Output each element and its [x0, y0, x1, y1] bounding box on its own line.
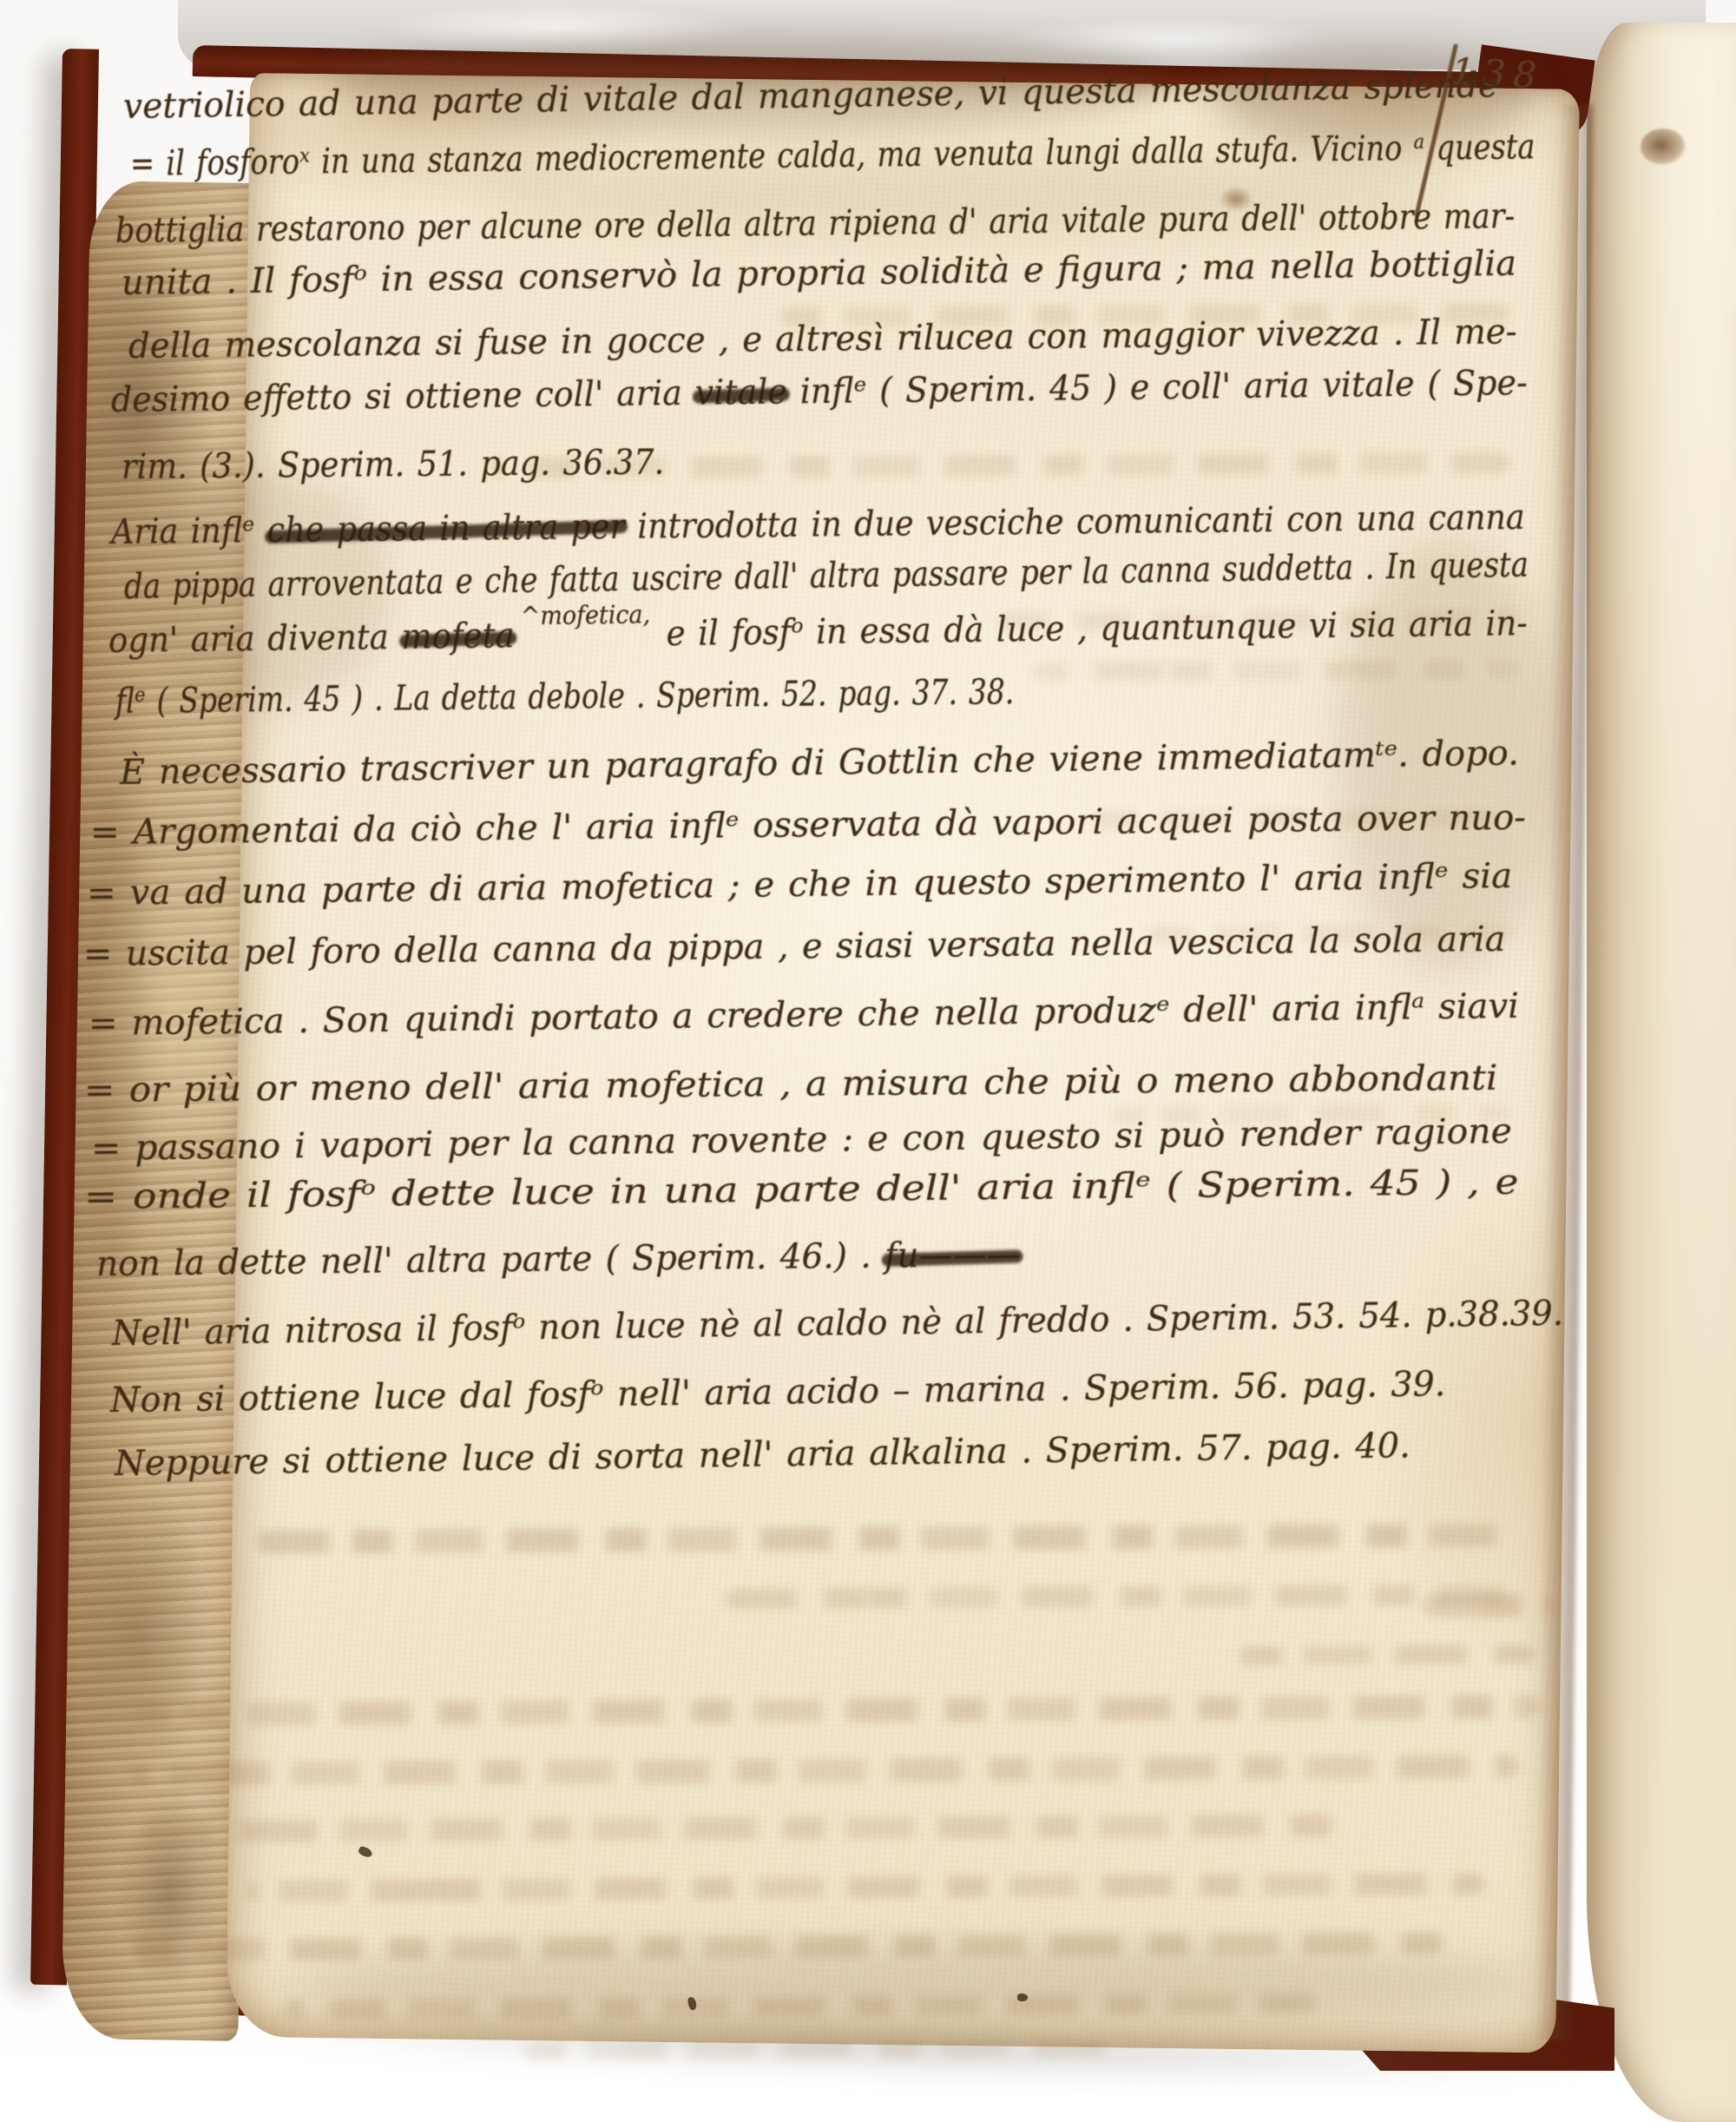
manuscript-line: non la dette nell' altra parte ( Sperim.… [96, 1235, 1021, 1288]
manuscript-line-segment: = passano i vapori per la canna rovente … [91, 1111, 1512, 1169]
manuscript-line: unita . Il fosfᵒ in essa conservò la pro… [122, 244, 1517, 306]
manuscript-line: ogn' aria diventa mofeta^mofetica, e il … [108, 603, 1528, 664]
manuscript-line-segment: introdotta in due vesciche comunicanti c… [625, 498, 1525, 547]
manuscript-line-segment: È necessario trascriver un paragrafo di … [120, 733, 1519, 793]
struck-out-text: fu——— [884, 1235, 1021, 1276]
manuscript-line-segment: = uscita pel foro della canna da pippa ,… [83, 919, 1506, 974]
manuscript-line-segment: Neppure si ottiene luce di sorta nell' a… [115, 1426, 1410, 1484]
manuscript-line-segment: = il fosforoˣ in una stanza mediocrement… [130, 127, 1535, 184]
manuscript-line-segment: non la dette nell' altra parte ( Sperim.… [96, 1236, 884, 1284]
manuscript-line-segment: Aria inflᵉ [111, 511, 267, 552]
manuscript-line: = uscita pel foro della canna da pippa ,… [83, 919, 1506, 978]
manuscript-line-segment: desimo effetto si ottiene coll' aria [111, 373, 695, 420]
manuscript-line-segment: = Argomentai da ciò che l' aria inflᵉ os… [90, 798, 1526, 853]
manuscript-line: flᵉ ( Sperim. 45 ) . La detta debole . S… [115, 672, 1015, 725]
manuscript-line: desimo effetto si ottiene coll' aria vit… [111, 363, 1528, 424]
manuscript-line: Non si ottiene luce dal fosfᵒ nell' aria… [110, 1364, 1446, 1424]
manuscript-line-segment: della mescolanza si fuse in gocce , e al… [128, 312, 1517, 366]
manuscript-line: = il fosforoˣ in una stanza mediocrement… [130, 127, 1535, 188]
manuscript-line-segment: Nell' aria nitrosa il fosfᵒ non luce nè … [112, 1294, 1564, 1354]
manuscript-line: rim. (3.). Sperim. 51. pag. 36.37. [122, 443, 665, 491]
manuscript-line-segment: bottiglia restarono per alcune ore della… [115, 196, 1516, 251]
manuscript-line-segment: da pippa arroventata e che fatta uscire … [124, 545, 1529, 607]
manuscript-line-segment: unita . Il fosfᵒ in essa conservò la pro… [122, 244, 1517, 303]
manuscript-line: da pippa arroventata e che fatta uscire … [124, 545, 1529, 610]
manuscript-line-segment: = va ad una parte di aria mofetica ; e c… [87, 856, 1513, 913]
struck-out-text: che passa in altra per [266, 507, 625, 550]
struck-out-text: vitale [694, 372, 787, 412]
manuscript-line-segment: Non si ottiene luce dal fosfᵒ nell' aria… [110, 1364, 1446, 1420]
manuscript-line-segment: = onde il fosfᵒ dette luce in una parte … [84, 1163, 1519, 1217]
manuscript-line: Nell' aria nitrosa il fosfᵒ non luce nè … [112, 1294, 1564, 1357]
manuscript-line: Neppure si ottiene luce di sorta nell' a… [115, 1426, 1410, 1487]
manuscript-line: = or più or meno dell' aria mofetica , a… [84, 1058, 1498, 1114]
manuscript-line: della mescolanza si fuse in gocce , e al… [128, 312, 1517, 370]
manuscript-line-segment: ogn' aria diventa [108, 617, 402, 661]
manuscript-line-segment: vetriolico ad una parte di vitale dal ma… [123, 65, 1499, 127]
manuscript-photo: 138 vetriolico ad una parte di vitale da… [0, 0, 1736, 2122]
struck-out-text: mofeta [401, 616, 515, 657]
manuscript-line: = passano i vapori per la canna rovente … [91, 1111, 1512, 1172]
manuscript-line: = va ad una parte di aria mofetica ; e c… [87, 856, 1513, 917]
manuscript-line: = Argomentai da ciò che l' aria inflᵉ os… [90, 798, 1526, 856]
manuscript-line: = mofetica . Son quindi portato a creder… [89, 986, 1520, 1047]
manuscript-line: = onde il fosfᵒ dette luce in una parte … [84, 1163, 1519, 1221]
manuscript-line-segment: inflᵉ ( Sperim. 45 ) e coll' aria vitale… [786, 363, 1528, 412]
manuscript-line-segment: flᵉ ( Sperim. 45 ) . La detta debole . S… [115, 672, 1015, 722]
manuscript-line-segment: = or più or meno dell' aria mofetica , a… [84, 1058, 1498, 1110]
manuscript-line-segment: e il fosfᵒ in essa dà luce , quantunque … [654, 603, 1528, 654]
manuscript-line: vetriolico ad una parte di vitale dal ma… [123, 65, 1499, 130]
manuscript-line-segment: = mofetica . Son quindi portato a creder… [89, 986, 1520, 1044]
manuscript-text-layer: 138 vetriolico ad una parte di vitale da… [0, 0, 1736, 2122]
manuscript-line-segment: rim. (3.). Sperim. 51. pag. 36.37. [122, 443, 665, 487]
manuscript-line: È necessario trascriver un paragrafo di … [120, 733, 1520, 796]
inserted-word-above-line: ^mofetica, [521, 599, 651, 630]
manuscript-line: Aria inflᵉ che passa in altra per introd… [111, 498, 1525, 556]
